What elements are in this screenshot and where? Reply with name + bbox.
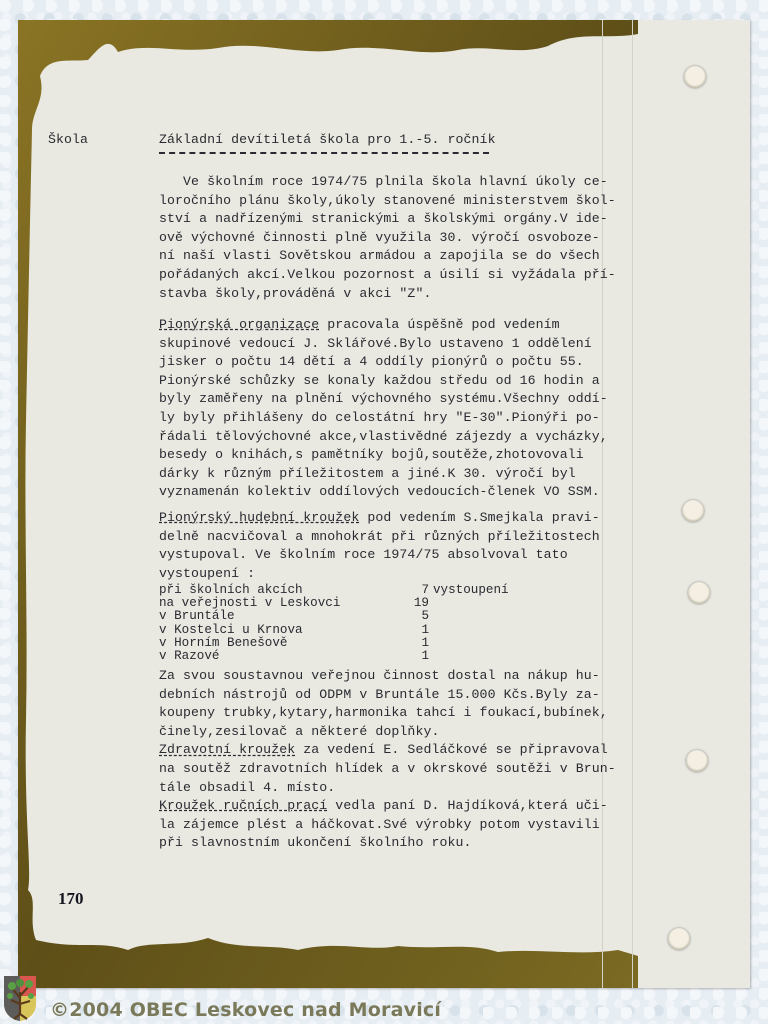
section-label: Škola xyxy=(48,131,88,150)
performance-unit: vystoupení xyxy=(429,584,509,597)
music-club-heading: Pionýrský hudební kroužek xyxy=(159,510,359,525)
performance-count: 5 xyxy=(409,610,429,623)
title-underline xyxy=(159,152,489,154)
crafts-club-heading: Kroužek ručních prací xyxy=(159,798,327,813)
paragraph-closing: Za svou soustavnou veřejnou činnost dost… xyxy=(159,667,616,853)
copyright-footer: ©2004 OBEC Leskovec nad Moravicí xyxy=(50,999,441,1021)
performance-count: 1 xyxy=(409,650,429,663)
punch-hole xyxy=(682,500,704,522)
paragraph-pioneer-organization: Pionýrská organizace pracovala úspěšně p… xyxy=(159,316,608,502)
performance-place: v Bruntále xyxy=(159,610,409,623)
punch-hole xyxy=(668,928,690,950)
punch-hole xyxy=(688,582,710,604)
performances-table: při školních akcích7vystoupenína veřejno… xyxy=(159,584,509,663)
paragraph-intro: Ve školním roce 1974/75 plnila škola hla… xyxy=(159,173,616,303)
fold-line xyxy=(632,20,633,988)
health-club-heading: Zdravotní kroužek xyxy=(159,742,295,757)
performance-place: v Razové xyxy=(159,650,409,663)
coat-of-arms-icon xyxy=(2,974,38,1022)
punch-hole xyxy=(686,750,708,772)
table-row: v Kostelci u Krnova1 xyxy=(159,624,509,637)
punch-hole xyxy=(684,66,706,88)
paragraph-music-club: Pionýrský hudební kroužek pod vedením S.… xyxy=(159,509,600,583)
performance-place: v Kostelci u Krnova xyxy=(159,624,409,637)
table-row: v Razové1 xyxy=(159,650,509,663)
pioneer-organization-heading: Pionýrská organizace xyxy=(159,317,319,332)
document-title: Základní devítiletá škola pro 1.-5. ročn… xyxy=(159,131,496,150)
page-number: 170 xyxy=(58,889,84,909)
table-row: v Bruntále5 xyxy=(159,610,509,623)
performance-count: 1 xyxy=(409,624,429,637)
